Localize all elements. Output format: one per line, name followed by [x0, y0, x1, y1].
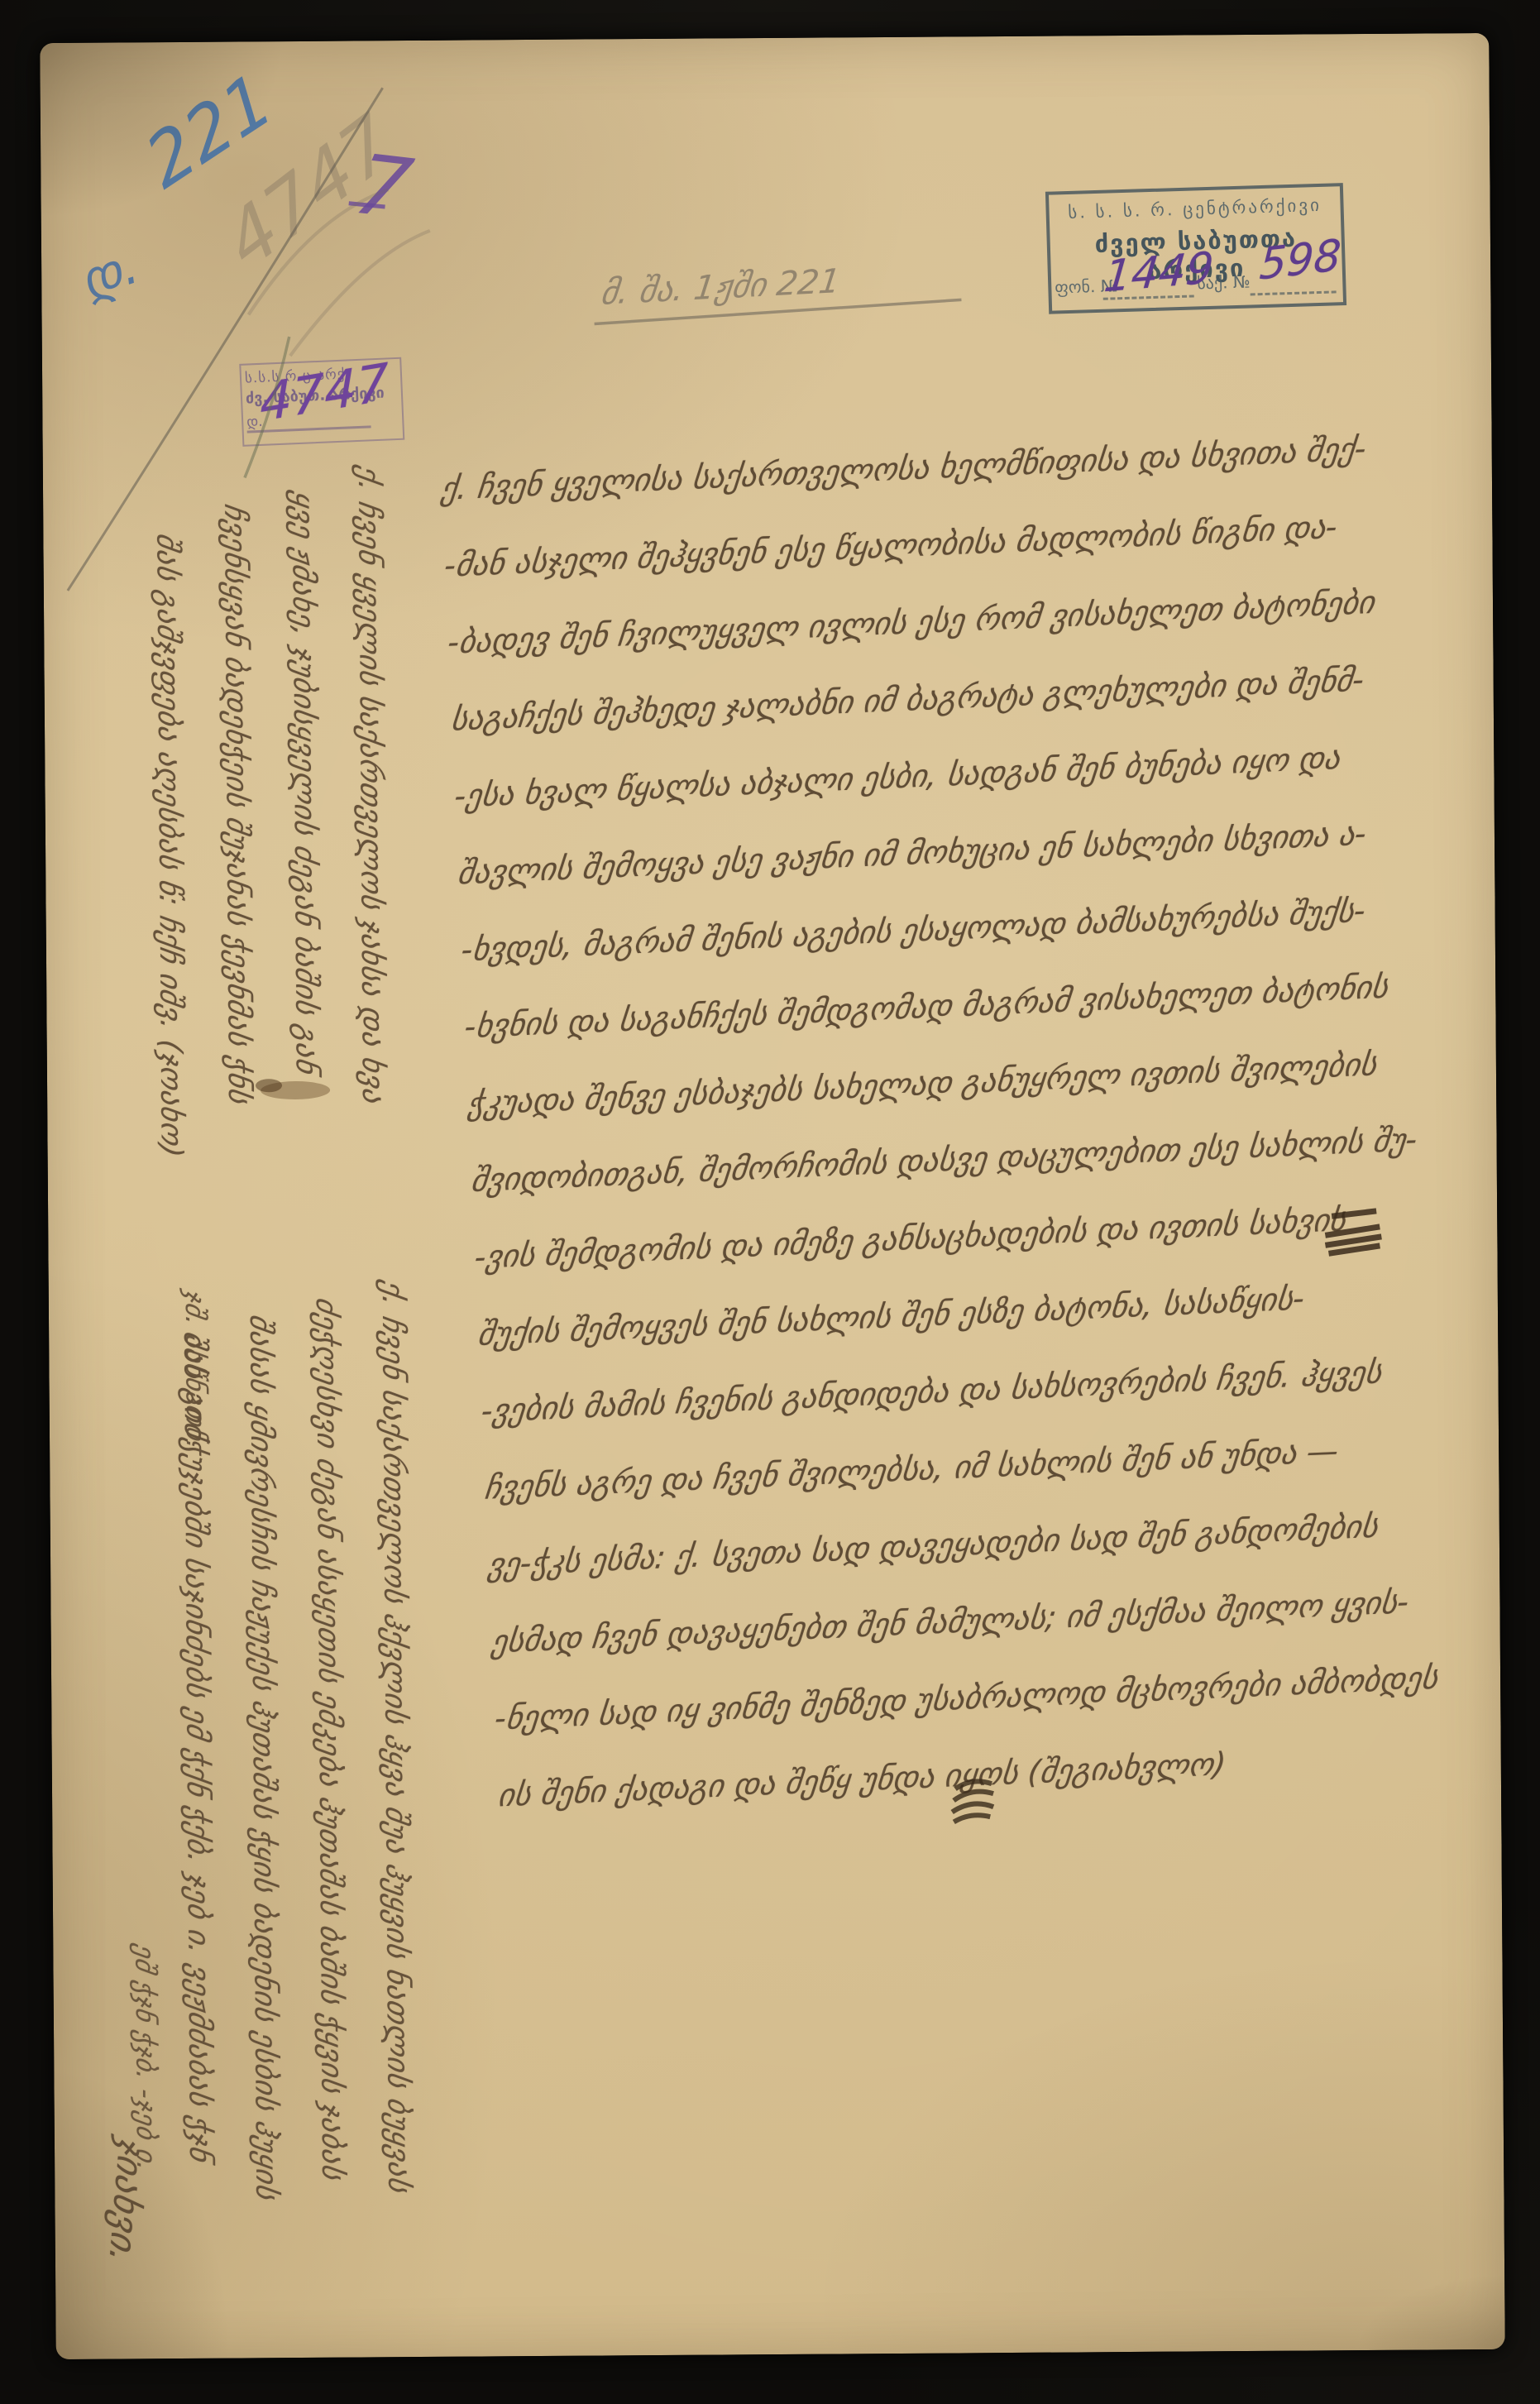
case-number: 598 — [1258, 230, 1342, 290]
stamp-dashed-line — [1251, 290, 1337, 295]
marginalia-lower-line: ძეჭღესხვი ძეგან ასაყეთის ემკება ჰუთაშას … — [309, 1295, 349, 2182]
marginalia-upper-line: ჩვენსყვან ბადეხჭეის შუჯანას ჭევნმას ჭნს — [218, 501, 256, 1106]
marginalia-lower-line: შასას ყმივრესჩის ჩაჟუქეს ჰუთაშას ჭყის ბა… — [243, 1312, 284, 2202]
marginalia-upper-line: ყვე ჟმახე, ჯუბისყველის ძეგან ბაშის გან — [285, 489, 323, 1077]
scanned-document-photo: 221 დ. 7 4747 მ. შა. 1ჟში 221 ს.ს.ს.რ ც-… — [0, 0, 1540, 2404]
stamp-line1: ს. ს. ს. რ. ცენტრარქივი — [1049, 194, 1341, 223]
manuscript-body-text: ქ. ჩვენ ყველისა საქართველოსა ხელმწიფისა … — [443, 429, 1449, 1854]
ink-smudge — [261, 1081, 330, 1100]
marginalia-signature: ჯიახვი. — [101, 2133, 152, 2268]
marginalia-lower-line: ქ. ჩვენ საქართველოს ჰქვლის ჰყვა შუა ჰუყვ… — [375, 1278, 416, 2196]
struck-out-pencil-note: მ. შა. 1ჟში 221 — [599, 262, 843, 313]
manuscript-paper-sheet: 221 დ. 7 4747 მ. შა. 1ჟში 221 ს.ს.ს.რ ც-… — [40, 33, 1505, 2359]
marginalia-lower-line: შას გიძჭუჯებში საჯინძებს ემ ჭქნ ჭქბ. ჯებ… — [177, 1329, 217, 2165]
marginalia-upper-line: შას გაშჯვფება აღესბას წ: ჩქჩ იშვ. (ჯოახო… — [150, 531, 188, 1160]
archive-stamp-top-right: ს. ს. ს. რ. ცენტრარქივი ძველ საბუთთა არქ… — [1045, 183, 1346, 314]
ink-smudge — [256, 1079, 282, 1092]
fond-number: 1449 — [1102, 243, 1216, 303]
marginalia-upper-line: ქ. ჩვენ ყველის საქართველოს ჯახსა და ხვა — [352, 463, 390, 1106]
blue-pencil-initial: დ. — [74, 237, 146, 310]
